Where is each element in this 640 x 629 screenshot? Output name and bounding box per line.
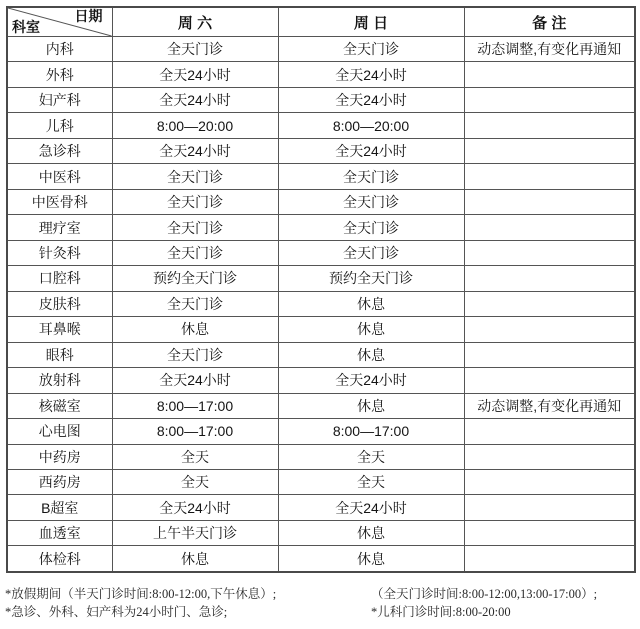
saturday-cell: 全天24小时 — [112, 368, 278, 393]
note-cell — [464, 469, 635, 494]
footnote-fullday-hours: （全天门诊时间:8:00-12:00,13:00-17:00）; — [371, 585, 597, 603]
note-cell — [464, 266, 635, 291]
header-row: 日期 科室 周 六 周 日 备 注 — [7, 7, 635, 37]
schedule-page: 日期 科室 周 六 周 日 备 注 内科 全天门诊 全天门诊 动态调整,有变化再… — [0, 0, 640, 629]
table-row: 血透室 上午半天门诊 休息 — [7, 520, 635, 545]
sunday-cell: 全天门诊 — [278, 37, 464, 62]
note-cell — [464, 113, 635, 138]
table-row: 西药房 全天 全天 — [7, 469, 635, 494]
table-row: 体检科 休息 休息 — [7, 546, 635, 572]
department-cell: 眼科 — [7, 342, 112, 367]
saturday-cell: 上午半天门诊 — [112, 520, 278, 545]
sunday-cell: 全天门诊 — [278, 189, 464, 214]
department-cell: 理疗室 — [7, 215, 112, 240]
sunday-cell: 全天24小时 — [278, 62, 464, 87]
saturday-cell: 全天门诊 — [112, 342, 278, 367]
saturday-cell: 全天门诊 — [112, 189, 278, 214]
table-row: 急诊科 全天24小时 全天24小时 — [7, 138, 635, 163]
note-cell — [464, 215, 635, 240]
saturday-cell: 全天24小时 — [112, 138, 278, 163]
note-cell — [464, 138, 635, 163]
table-row: 妇产科 全天24小时 全天24小时 — [7, 87, 635, 112]
footnote-pediatrics-hours: *儿科门诊时间:8:00-20:00 — [371, 603, 597, 621]
saturday-cell: 全天门诊 — [112, 215, 278, 240]
department-cell: 心电图 — [7, 419, 112, 444]
note-cell — [464, 419, 635, 444]
saturday-cell: 全天 — [112, 444, 278, 469]
table-row: B超室 全天24小时 全天24小时 — [7, 495, 635, 520]
sunday-cell: 8:00—17:00 — [278, 419, 464, 444]
saturday-cell: 8:00—17:00 — [112, 393, 278, 418]
table-row: 口腔科 预约全天门诊 预约全天门诊 — [7, 266, 635, 291]
corner-cell: 日期 科室 — [7, 7, 112, 37]
department-cell: 针灸科 — [7, 240, 112, 265]
note-cell — [464, 189, 635, 214]
note-cell — [464, 291, 635, 316]
department-cell: 西药房 — [7, 469, 112, 494]
column-header-sunday: 周 日 — [278, 7, 464, 37]
table-row: 心电图 8:00—17:00 8:00—17:00 — [7, 419, 635, 444]
footnotes-right-column: （全天门诊时间:8:00-12:00,13:00-17:00）; *儿科门诊时间… — [371, 585, 597, 621]
table-row: 中药房 全天 全天 — [7, 444, 635, 469]
department-cell: 血透室 — [7, 520, 112, 545]
department-cell: 口腔科 — [7, 266, 112, 291]
sunday-cell: 休息 — [278, 393, 464, 418]
saturday-cell: 全天门诊 — [112, 37, 278, 62]
table-row: 皮肤科 全天门诊 休息 — [7, 291, 635, 316]
table-row: 核磁室 8:00—17:00 休息 动态调整,有变化再通知 — [7, 393, 635, 418]
sunday-cell: 休息 — [278, 546, 464, 572]
department-cell: 耳鼻喉 — [7, 317, 112, 342]
note-cell — [464, 520, 635, 545]
saturday-cell: 8:00—20:00 — [112, 113, 278, 138]
department-cell: 急诊科 — [7, 138, 112, 163]
note-cell: 动态调整,有变化再通知 — [464, 393, 635, 418]
department-cell: 中医骨科 — [7, 189, 112, 214]
sunday-cell: 全天24小时 — [278, 87, 464, 112]
note-cell — [464, 546, 635, 572]
department-cell: 妇产科 — [7, 87, 112, 112]
sunday-cell: 全天 — [278, 444, 464, 469]
note-cell — [464, 317, 635, 342]
column-header-notes: 备 注 — [464, 7, 635, 37]
department-cell: 外科 — [7, 62, 112, 87]
schedule-table: 日期 科室 周 六 周 日 备 注 内科 全天门诊 全天门诊 动态调整,有变化再… — [6, 6, 636, 573]
saturday-cell: 全天24小时 — [112, 87, 278, 112]
department-cell: 放射科 — [7, 368, 112, 393]
note-cell — [464, 342, 635, 367]
sunday-cell: 休息 — [278, 291, 464, 316]
department-cell: B超室 — [7, 495, 112, 520]
sunday-cell: 全天门诊 — [278, 215, 464, 240]
footnote-holiday-halfday: *放假期间（半天门诊时间:8:00-12:00,下午休息）; — [5, 585, 276, 603]
saturday-cell: 全天门诊 — [112, 240, 278, 265]
footnote-24hour-departments: *急诊、外科、妇产科为24小时门、急诊; — [5, 603, 276, 621]
note-cell — [464, 240, 635, 265]
table-row: 中医科 全天门诊 全天门诊 — [7, 164, 635, 189]
saturday-cell: 预约全天门诊 — [112, 266, 278, 291]
sunday-cell: 全天门诊 — [278, 240, 464, 265]
saturday-cell: 全天 — [112, 469, 278, 494]
table-row: 眼科 全天门诊 休息 — [7, 342, 635, 367]
sunday-cell: 全天24小时 — [278, 495, 464, 520]
sunday-cell: 全天24小时 — [278, 368, 464, 393]
saturday-cell: 8:00—17:00 — [112, 419, 278, 444]
table-row: 耳鼻喉 休息 休息 — [7, 317, 635, 342]
table-row: 针灸科 全天门诊 全天门诊 — [7, 240, 635, 265]
corner-label-department: 科室 — [12, 20, 40, 35]
note-cell — [464, 164, 635, 189]
saturday-cell: 休息 — [112, 546, 278, 572]
saturday-cell: 全天24小时 — [112, 495, 278, 520]
table-row: 儿科 8:00—20:00 8:00—20:00 — [7, 113, 635, 138]
sunday-cell: 全天 — [278, 469, 464, 494]
note-cell — [464, 368, 635, 393]
sunday-cell: 预约全天门诊 — [278, 266, 464, 291]
note-cell — [464, 62, 635, 87]
sunday-cell: 全天门诊 — [278, 164, 464, 189]
saturday-cell: 全天门诊 — [112, 164, 278, 189]
saturday-cell: 全天24小时 — [112, 62, 278, 87]
department-cell: 儿科 — [7, 113, 112, 138]
note-cell — [464, 495, 635, 520]
sunday-cell: 休息 — [278, 520, 464, 545]
department-cell: 皮肤科 — [7, 291, 112, 316]
table-row: 理疗室 全天门诊 全天门诊 — [7, 215, 635, 240]
note-cell — [464, 444, 635, 469]
sunday-cell: 休息 — [278, 317, 464, 342]
schedule-table-body: 内科 全天门诊 全天门诊 动态调整,有变化再通知 外科 全天24小时 全天24小… — [7, 37, 635, 573]
note-cell — [464, 87, 635, 112]
sunday-cell: 全天24小时 — [278, 138, 464, 163]
sunday-cell: 休息 — [278, 342, 464, 367]
department-cell: 核磁室 — [7, 393, 112, 418]
department-cell: 中医科 — [7, 164, 112, 189]
saturday-cell: 休息 — [112, 317, 278, 342]
table-row: 内科 全天门诊 全天门诊 动态调整,有变化再通知 — [7, 37, 635, 62]
column-header-saturday: 周 六 — [112, 7, 278, 37]
table-row: 中医骨科 全天门诊 全天门诊 — [7, 189, 635, 214]
sunday-cell: 8:00—20:00 — [278, 113, 464, 138]
saturday-cell: 全天门诊 — [112, 291, 278, 316]
note-cell: 动态调整,有变化再通知 — [464, 37, 635, 62]
department-cell: 体检科 — [7, 546, 112, 572]
corner-label-date: 日期 — [75, 9, 103, 24]
table-row: 放射科 全天24小时 全天24小时 — [7, 368, 635, 393]
department-cell: 中药房 — [7, 444, 112, 469]
footnotes-left-column: *放假期间（半天门诊时间:8:00-12:00,下午休息）; *急诊、外科、妇产… — [5, 585, 276, 621]
table-row: 外科 全天24小时 全天24小时 — [7, 62, 635, 87]
department-cell: 内科 — [7, 37, 112, 62]
